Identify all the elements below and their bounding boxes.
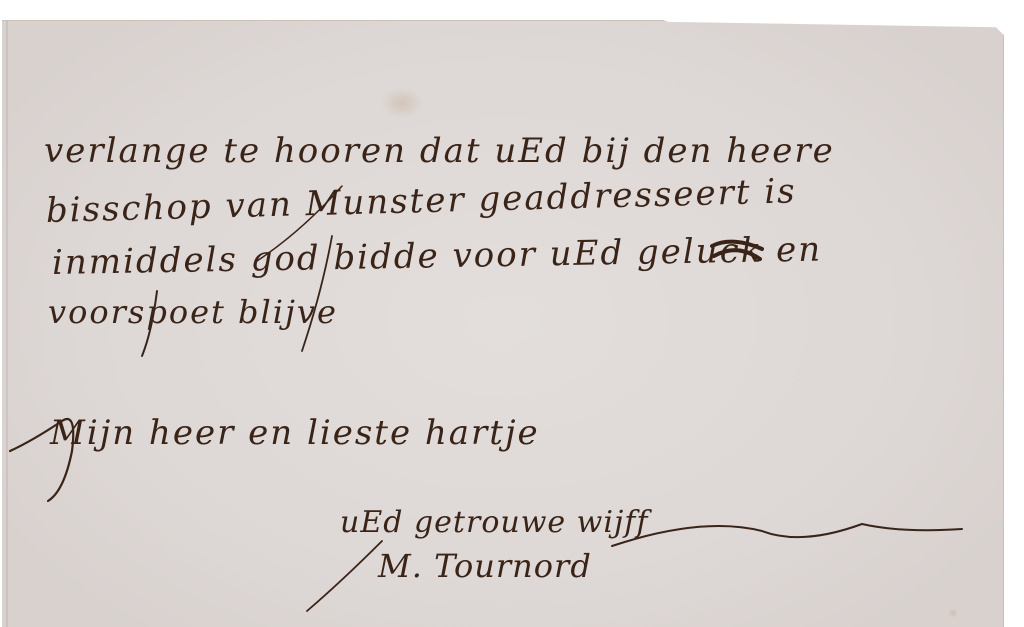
letter-line-1: verlange te hooren dat uEd bij den heere [44,131,835,171]
valediction-line: uEd getrouwe wijff [340,505,648,540]
salutation-line: Mijn heer en lieste hartje [50,413,540,453]
signature: M. Tournord [378,547,592,585]
letter-line-4: voorspoet blijve [48,293,338,331]
letter-paper: verlange te hooren dat uEd bij den heere… [2,20,1004,627]
letter-line-2: bisschop van Munster geaddresseert is [45,171,797,231]
letter-line-3: inmiddels god bidde voor uEd geluck en [52,230,823,283]
